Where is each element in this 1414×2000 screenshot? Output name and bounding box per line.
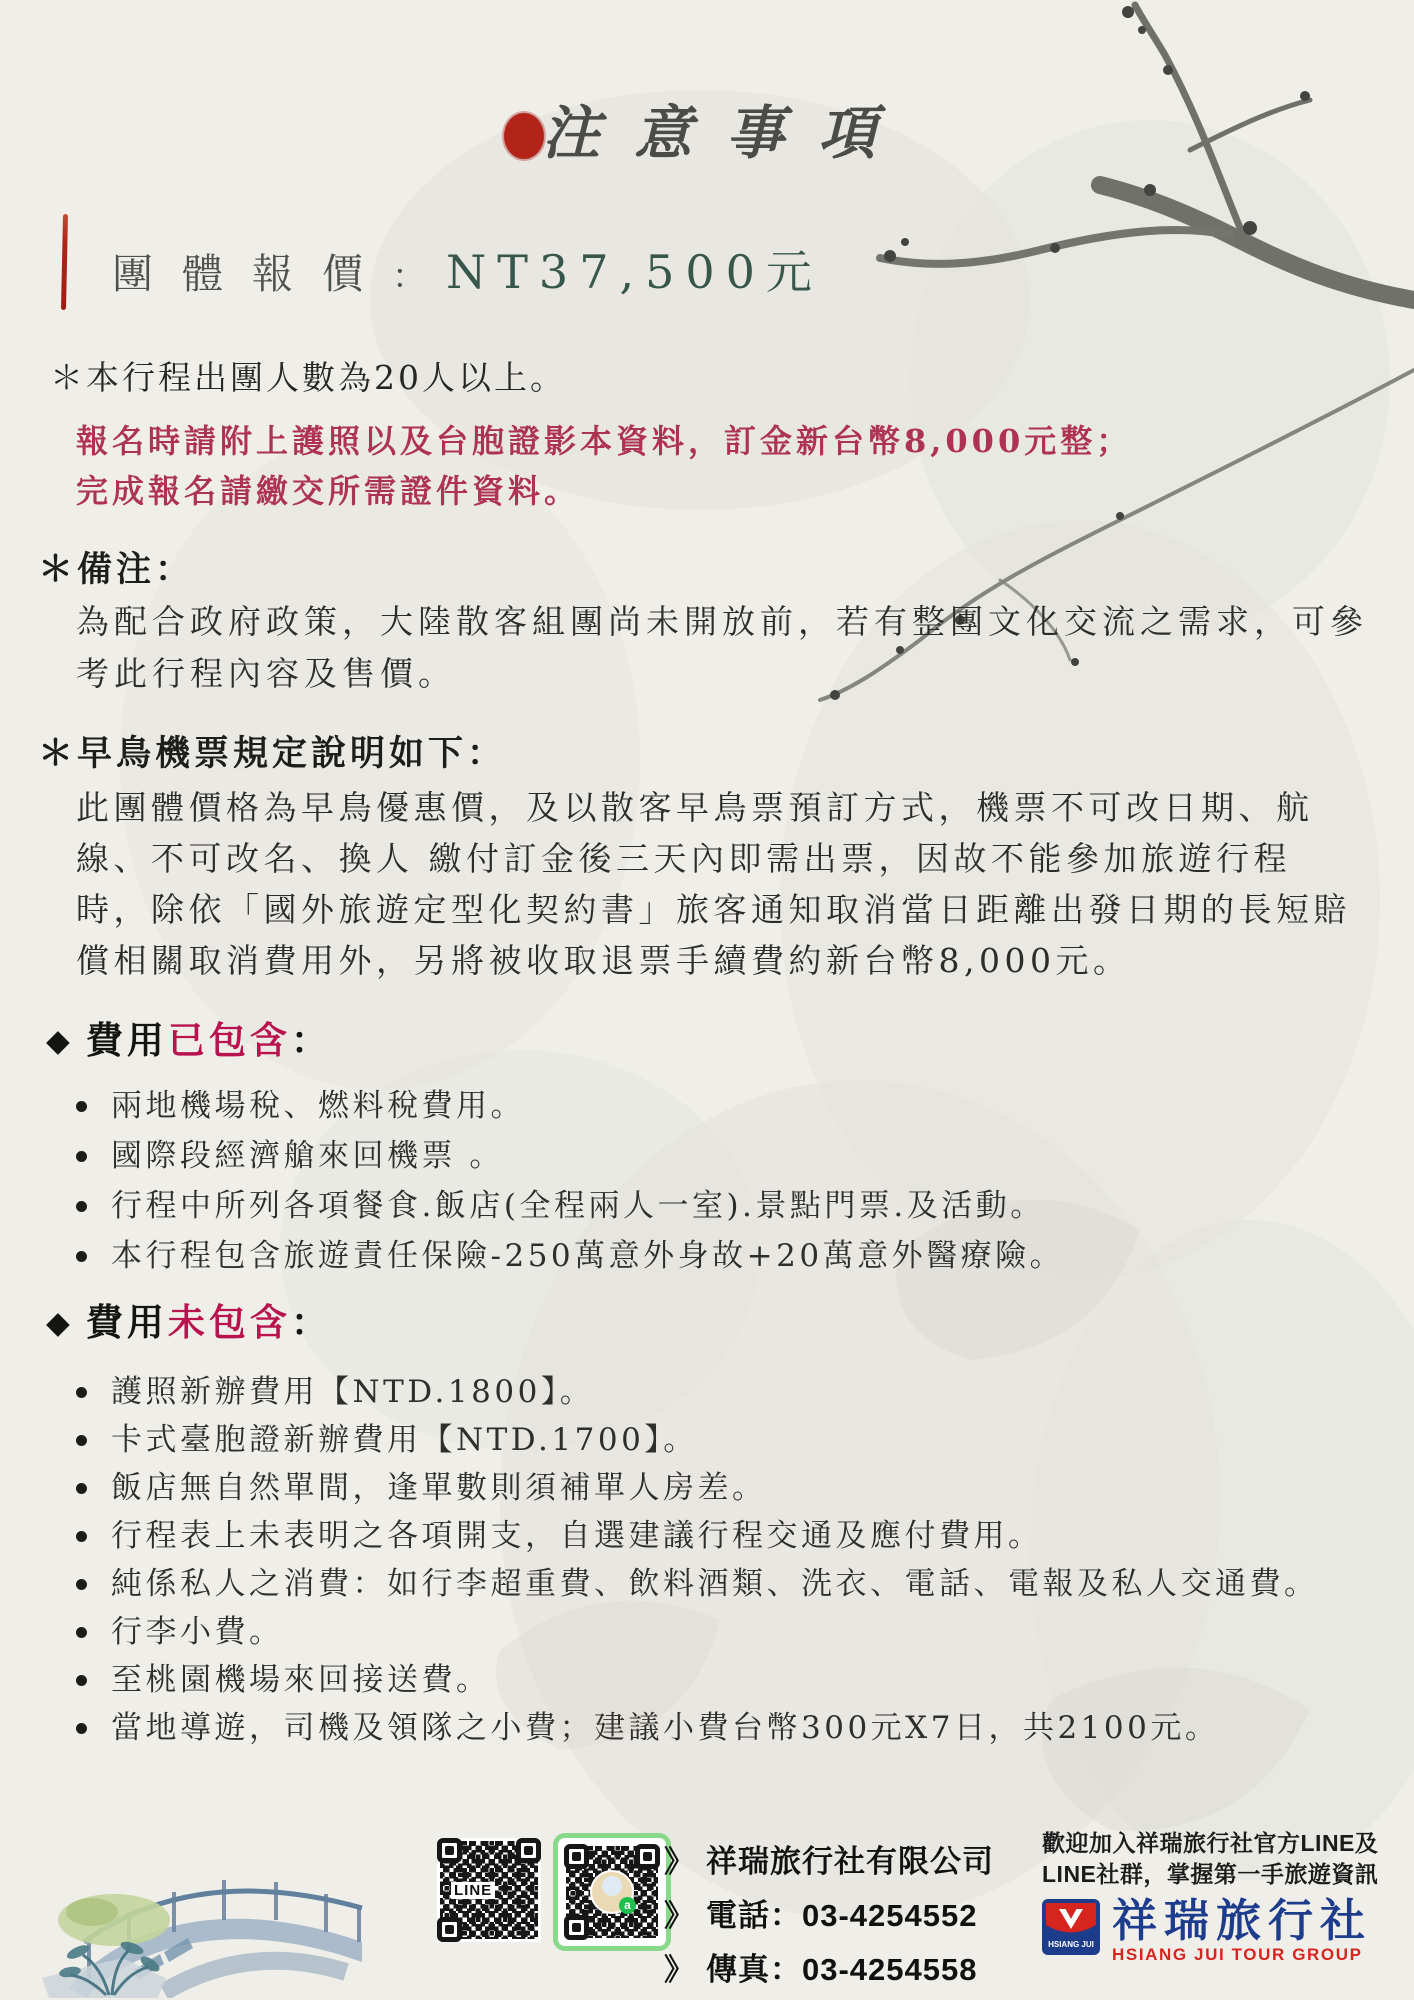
red-seal-dot-icon	[504, 113, 544, 159]
qr-finder-icon	[437, 1838, 462, 1863]
promo-line-1: 歡迎加入祥瑞旅行社官方LINE及	[1042, 1828, 1414, 1859]
included-section-heading: ◆費用已包含：	[46, 1010, 332, 1064]
bullet-icon	[76, 1387, 87, 1398]
bullet-icon	[76, 1579, 87, 1590]
price-colon: ：	[392, 257, 426, 297]
item-text: 行程表上未表明之各項開支，自選建議行程交通及應付費用。	[111, 1516, 1043, 1556]
item-text: 卡式臺胞證新辦費用【NTD.1700】。	[111, 1420, 698, 1460]
qr-finder-icon	[564, 1844, 589, 1869]
bullet-icon	[76, 1675, 87, 1686]
list-item: 當地導遊，司機及領隊之小費；建議小費台幣300元X7日，共2100元。	[74, 1708, 1319, 1748]
price-row: 團體報價：NT37,500元	[112, 236, 823, 302]
diamond-icon: ◆	[46, 1023, 70, 1059]
list-item: 純係私人之消費：如行李超重費、飲料酒類、洗衣、電話、電報及私人交通費。	[74, 1564, 1319, 1604]
bullet-icon	[76, 1201, 87, 1212]
logo-subtitle: HSIANG JUI TOUR GROUP	[1112, 1945, 1372, 1965]
list-item: 本行程包含旅遊責任保險-250萬意外身故+20萬意外醫療險。	[74, 1236, 1064, 1276]
item-text: 國際段經濟艙來回機票 。	[111, 1136, 504, 1176]
company-name: 祥瑞旅行社有限公司	[706, 1836, 994, 1881]
included-list: 兩地機場稅、燃料稅費用。 國際段經濟艙來回機票 。 行程中所列各項餐食.飯店(全…	[74, 1086, 1064, 1286]
logo-text-block: 祥瑞旅行社 HSIANG JUI TOUR GROUP	[1112, 1899, 1372, 1965]
bullet-icon	[76, 1435, 87, 1446]
line-official-badge: a	[619, 1897, 636, 1914]
item-text: 至桃園機場來回接送費。	[111, 1660, 491, 1700]
bridge-illustration	[14, 1820, 364, 1998]
excluded-list: 護照新辦費用【NTD.1800】。 卡式臺胞證新辦費用【NTD.1700】。 飯…	[74, 1372, 1319, 1756]
bullet-icon	[76, 1151, 87, 1162]
earlybird-heading: ＊早鳥機票規定說明如下：	[38, 726, 506, 776]
contact-row-phone: 》 電話：03-4254552	[664, 1890, 994, 1935]
included-heading-highlight: 已包含	[168, 1018, 291, 1062]
item-text: 行李小費。	[111, 1612, 284, 1652]
chevrons-icon: 》	[664, 1891, 694, 1935]
list-item: 行程中所列各項餐食.飯店(全程兩人一室).景點門票.及活動。	[74, 1186, 1064, 1226]
bullet-icon	[76, 1627, 87, 1638]
item-text: 飯店無自然單間，逢單數則須補單人房差。	[111, 1468, 767, 1508]
excluded-section-heading: ◆費用未包含：	[46, 1292, 332, 1346]
list-item: 兩地機場稅、燃料稅費用。	[74, 1086, 1064, 1126]
fax-number: 傳真：03-4254558	[706, 1944, 978, 1989]
line-qr-code: LINE	[437, 1838, 541, 1942]
chevrons-icon: 》	[664, 1837, 694, 1881]
bullet-icon	[76, 1723, 87, 1734]
earlybird-body: 此團體價格為早鳥優惠價，及以散客早鳥票預訂方式，機票不可改日期、航線、不可改名、…	[76, 782, 1360, 986]
remark-heading: ＊備注：	[38, 542, 194, 592]
price-value: NT37,500元	[446, 245, 823, 299]
item-text: 行程中所列各項餐食.飯店(全程兩人一室).景點門票.及活動。	[111, 1186, 1045, 1226]
signup-note-line2: 完成報名請繳交所需證件資料。	[76, 466, 1132, 516]
bullet-icon	[76, 1531, 87, 1542]
logo-badge-text: HSIANG JUI	[1048, 1940, 1094, 1949]
qr-finder-icon	[437, 1917, 462, 1942]
line-qr-label: LINE	[451, 1882, 495, 1899]
price-label: 團體報價	[112, 250, 392, 298]
travel-notice-flyer: 注意事項 團體報價：NT37,500元 ＊本行程出團人數為20人以上。 報名時請…	[0, 0, 1414, 2000]
list-item: 國際段經濟艙來回機票 。	[74, 1136, 1064, 1176]
qr-finder-icon	[564, 1915, 589, 1940]
list-item: 護照新辦費用【NTD.1800】。	[74, 1372, 1319, 1412]
signup-note-line1: 報名時請附上護照以及台胞證影本資料，訂金新台幣8,000元整；	[76, 416, 1132, 466]
group-qr-code: a	[553, 1833, 671, 1951]
included-heading-prefix: 費用	[86, 1018, 168, 1062]
note-min-group: ＊本行程出團人數為20人以上。	[50, 352, 566, 399]
included-heading-colon: ：	[291, 1018, 332, 1062]
chevrons-icon: 》	[664, 1945, 694, 1989]
excluded-heading-colon: ：	[291, 1300, 332, 1344]
contact-info: 》 祥瑞旅行社有限公司 》 電話：03-4254552 》 傳真：03-4254…	[664, 1836, 994, 1998]
company-logo: HSIANG JUI 祥瑞旅行社 HSIANG JUI TOUR GROUP	[1042, 1899, 1414, 1965]
contact-row-company: 》 祥瑞旅行社有限公司	[664, 1836, 994, 1881]
bullet-icon	[76, 1251, 87, 1262]
page-title: 注意事項	[542, 99, 910, 167]
item-text: 純係私人之消費：如行李超重費、飲料酒類、洗衣、電話、電報及私人交通費。	[111, 1564, 1319, 1604]
qr-finder-icon	[635, 1844, 660, 1869]
list-item: 行李小費。	[74, 1612, 1319, 1652]
excluded-heading-highlight: 未包含	[168, 1300, 291, 1344]
qr-finder-icon	[516, 1838, 541, 1863]
excluded-heading-prefix: 費用	[86, 1300, 168, 1344]
list-item: 卡式臺胞證新辦費用【NTD.1700】。	[74, 1420, 1319, 1460]
line-promo-block: 歡迎加入祥瑞旅行社官方LINE及 LINE社群，掌握第一手旅遊資訊 HSIANG…	[1042, 1828, 1414, 1965]
item-text: 兩地機場稅、燃料稅費用。	[111, 1086, 525, 1126]
signup-note: 報名時請附上護照以及台胞證影本資料，訂金新台幣8,000元整； 完成報名請繳交所…	[76, 416, 1132, 516]
item-text: 本行程包含旅遊責任保險-250萬意外身故+20萬意外醫療險。	[111, 1236, 1064, 1276]
page-title-row: 注意事項	[0, 86, 1414, 170]
list-item: 至桃園機場來回接送費。	[74, 1660, 1319, 1700]
diamond-icon: ◆	[46, 1305, 70, 1341]
list-item: 飯店無自然單間，逢單數則須補單人房差。	[74, 1468, 1319, 1508]
bullet-icon	[76, 1483, 87, 1494]
contact-row-fax: 》 傳真：03-4254558	[664, 1944, 994, 1989]
qr-avatar: a	[590, 1870, 634, 1914]
logo-name: 祥瑞旅行社	[1112, 1899, 1372, 1943]
item-text: 護照新辦費用【NTD.1800】。	[111, 1372, 594, 1412]
promo-line-2: LINE社群，掌握第一手旅遊資訊	[1042, 1859, 1414, 1890]
logo-badge-icon: HSIANG JUI	[1042, 1899, 1100, 1955]
item-text: 當地導遊，司機及領隊之小費；建議小費台幣300元X7日，共2100元。	[111, 1708, 1219, 1748]
list-item: 行程表上未表明之各項開支，自選建議行程交通及應付費用。	[74, 1516, 1319, 1556]
phone-number: 電話：03-4254552	[706, 1890, 978, 1935]
bullet-icon	[76, 1101, 87, 1112]
remark-body: 為配合政府政策，大陸散客組團尚未開放前，若有整團文化交流之需求，可參考此行程內容…	[76, 596, 1370, 700]
